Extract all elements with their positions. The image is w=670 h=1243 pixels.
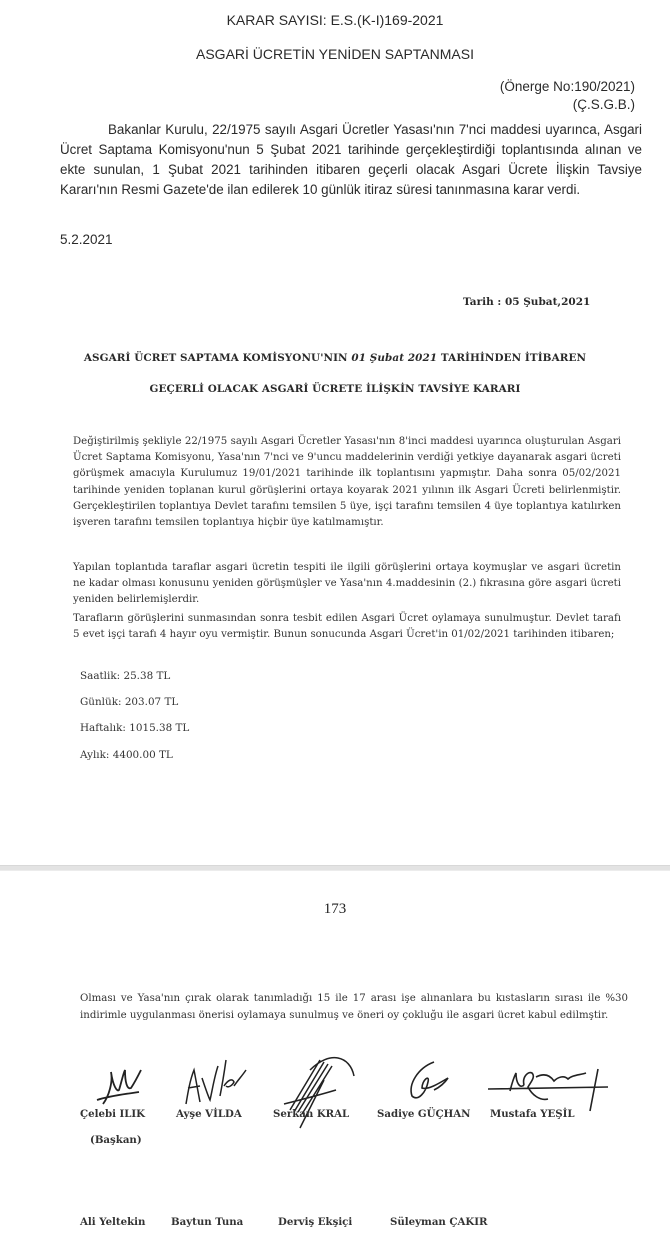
wage-value: 1015.38 TL (129, 722, 189, 734)
proposal-reference: (Önerge No:190/2021) (Ç.S.G.B.) (500, 78, 635, 114)
annex-heading-line-2: GEÇERLİ OLACAK ASGARİ ÜCRETE İLİŞKİN TAV… (0, 383, 670, 395)
page-separator (0, 865, 670, 871)
member-name: Ali Yeltekin (80, 1216, 145, 1228)
member-name: Süleyman ÇAKIR (390, 1216, 487, 1228)
wage-label: Haftalık: (80, 722, 126, 734)
signatory-name: Çelebi ILIK (80, 1108, 145, 1120)
wage-label: Saatlik: (80, 670, 120, 682)
annex-paragraph: Değiştirilmiş şekliyle 22/1975 sayılı As… (73, 434, 621, 531)
decision-date: 5.2.2021 (60, 232, 113, 247)
signatory-name: Serkan KRAL (273, 1108, 349, 1120)
wage-value: 25.38 TL (123, 670, 170, 682)
page2-paragraph: Olması ve Yasa'nın çırak olarak tanımlad… (80, 991, 628, 1024)
signatory-role: (Başkan) (90, 1134, 142, 1146)
page-number: 173 (0, 901, 670, 918)
wage-weekly: Haftalık: 1015.38 TL (80, 722, 189, 734)
signatory-name: Sadiye GÜÇHAN (377, 1108, 470, 1120)
annex-date: Tarih : 05 Şubat,2021 (463, 296, 590, 308)
signatory-name: Mustafa YEŞİL (490, 1108, 575, 1120)
member-name: Derviş Ekşiçi (278, 1216, 352, 1228)
wage-daily: Günlük: 203.07 TL (80, 696, 178, 708)
wage-hourly: Saatlik: 25.38 TL (80, 670, 170, 682)
ministry-code: (Ç.S.G.B.) (500, 96, 635, 114)
heading-part: ASGARİ ÜCRET SAPTAMA KOMİSYONU'NIN (84, 352, 352, 364)
signatory-name: Ayşe VİLDA (176, 1108, 242, 1120)
wage-value: 4400.00 TL (113, 749, 173, 761)
annex-paragraph: Tarafların görüşlerini sunmasından sonra… (73, 611, 621, 643)
intro-paragraph: Bakanlar Kurulu, 22/1975 sayılı Asgari Ü… (60, 120, 642, 200)
wage-label: Aylık: (80, 749, 109, 761)
wage-monthly: Aylık: 4400.00 TL (80, 749, 173, 761)
wage-label: Günlük: (80, 696, 122, 708)
wage-value: 203.07 TL (125, 696, 179, 708)
annex-heading-line-1: ASGARİ ÜCRET SAPTAMA KOMİSYONU'NIN 01 Şu… (0, 352, 670, 364)
heading-part: TARİHİNDEN İTİBAREN (437, 352, 586, 364)
member-name: Baytun Tuna (171, 1216, 243, 1228)
signature-scribble-icon (180, 1056, 255, 1106)
heading-date: 01 Şubat 2021 (351, 352, 437, 364)
signature-scribble-icon (400, 1058, 460, 1106)
decision-number: KARAR SAYISI: E.S.(K-I)169-2021 (0, 12, 670, 28)
proposal-number: (Önerge No:190/2021) (500, 78, 635, 96)
document-title: ASGARİ ÜCRETİN YENİDEN SAPTANMASI (0, 46, 670, 62)
annex-paragraph: Yapılan toplantıda taraflar asgari ücret… (73, 560, 621, 609)
intro-text: Bakanlar Kurulu, 22/1975 sayılı Asgari Ü… (60, 122, 642, 197)
signature-scribble-icon (95, 1062, 155, 1110)
